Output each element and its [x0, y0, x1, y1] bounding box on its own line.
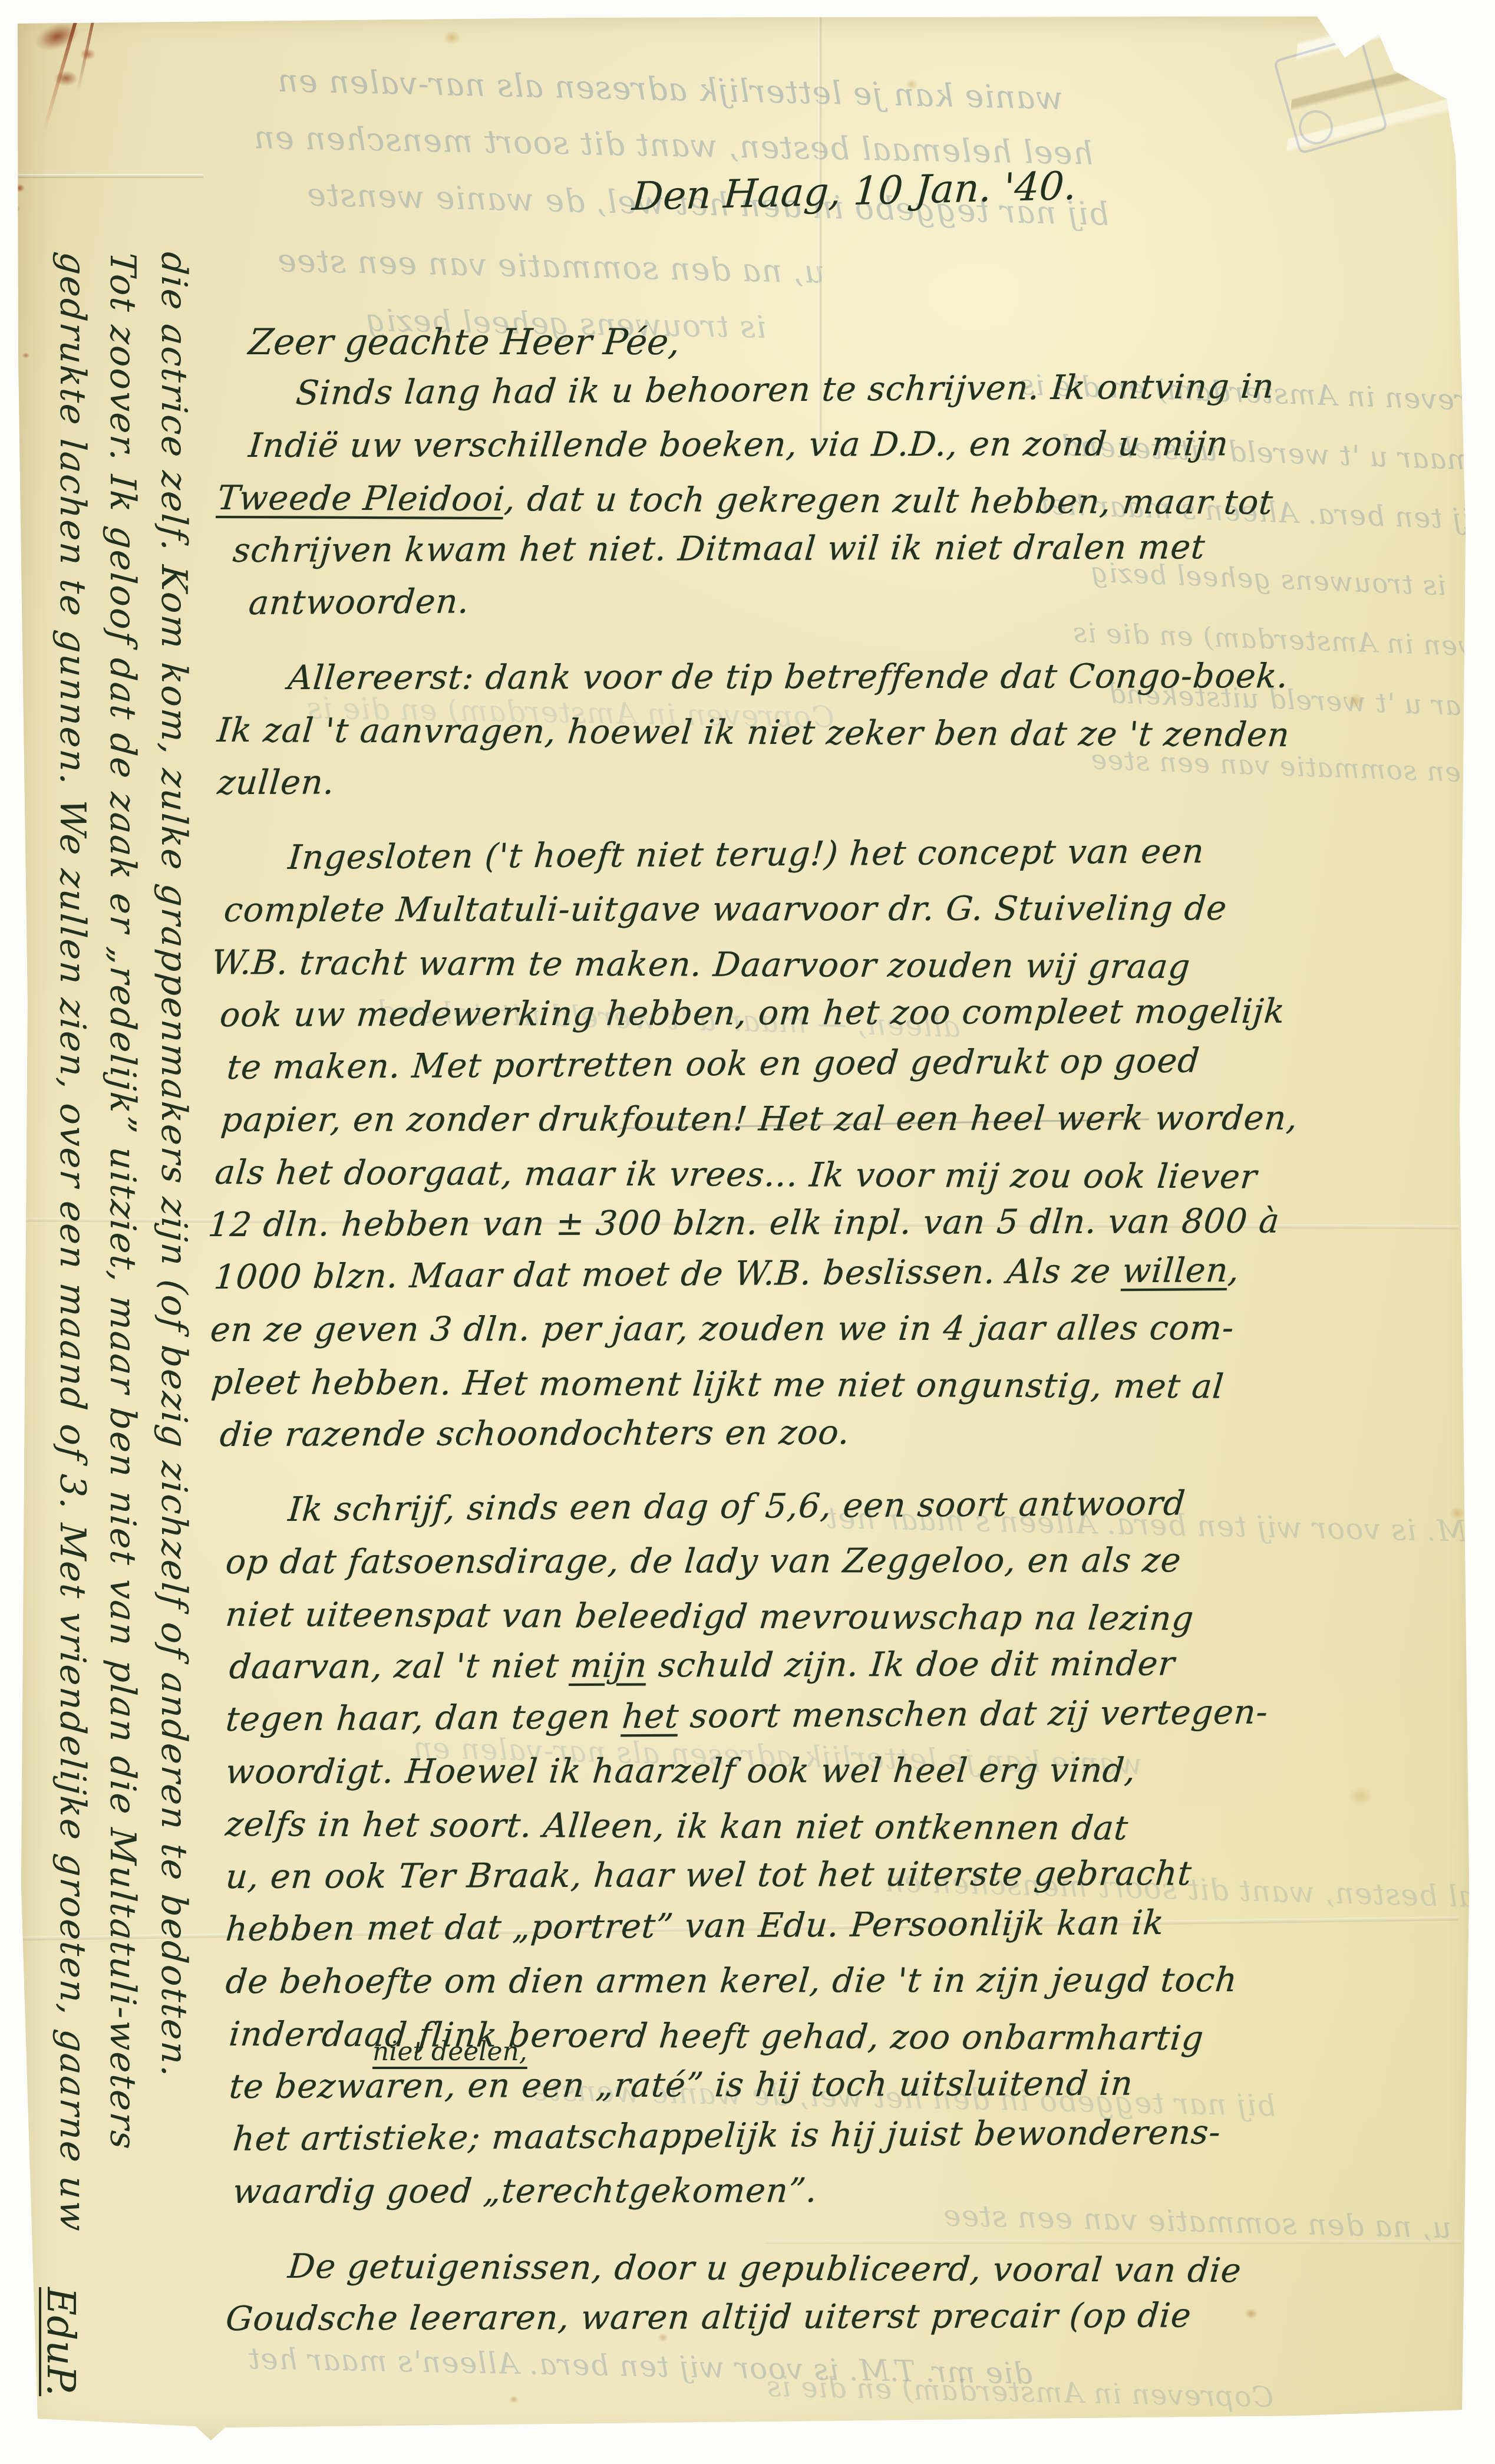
- letter-line: Ik zal 't aanvragen, hoewel ik niet zeke…: [216, 711, 1292, 755]
- letter-line: Sinds lang had ik u behooren te schrijve…: [295, 367, 1276, 413]
- letter-text: die razende schoondochters en zoo.: [218, 1413, 851, 1454]
- letter-line: De getuigenissen, door u gepubliceerd, v…: [286, 2247, 1243, 2290]
- letter-text: en ze geven 3 dln. per jaar, zouden we i…: [209, 1309, 1236, 1349]
- letter-line: daarvan, zal 't niet mijn schuld zijn. I…: [227, 1644, 1176, 1686]
- letter-text: Ik zal 't aanvragen, hoewel ik niet zeke…: [216, 711, 1292, 755]
- letter-text: soort menschen dat zij vertegen-: [678, 1693, 1270, 1736]
- letter-text: het artistieke; maatschappelijk is hij j…: [232, 2113, 1223, 2159]
- rust-streak: [77, 17, 95, 93]
- letter-text: mijn: [569, 1646, 649, 1685]
- letter-line: woordigt. Hoewel ik haarzelf ook wel hee…: [224, 1751, 1137, 1791]
- letter-text: Goudsche leeraren, waren altijd uiterst …: [224, 2296, 1193, 2338]
- letter-line: Indië uw verschillende boeken, via D.D.,…: [247, 424, 1230, 465]
- letter-text: papier, en zonder drukfouten! Het zal ee…: [219, 1099, 1299, 1139]
- letter-text: te maken. Met portretten ook en goed ged…: [226, 1041, 1202, 1087]
- rust-stain: [31, 17, 83, 57]
- letter-text: antwoorden.: [247, 582, 471, 622]
- letter-text: waardig goed „terechtgekomen”.: [231, 2171, 819, 2211]
- letter-text: schuld zijn. Ik doe dit minder: [646, 1644, 1177, 1685]
- letter-line: 12 dln. hebben van ± 300 blzn. elk inpl.…: [206, 1202, 1281, 1244]
- letter-text: Allereerst: dank voor de tip betreffende…: [286, 657, 1290, 697]
- letter-line: tegen haar, dan tegen het soort menschen…: [225, 1693, 1270, 1739]
- letter-text: tegen haar, dan tegen: [225, 1697, 624, 1739]
- bleedthrough-text: u, na den sommatie van een stee: [942, 2198, 1451, 2245]
- rust-stain: [22, 353, 29, 358]
- salutation: Zeer geachte Heer Pée,: [247, 321, 682, 363]
- letter-line: complete Multatuli-uitgave waarvoor dr. …: [222, 889, 1229, 930]
- foxing-spot: [509, 2396, 519, 2403]
- bleedthrough-text: u, na den sommatie van een stee: [276, 242, 825, 290]
- letter-text: de behoefte om dien armen kerel, die 't …: [224, 1961, 1239, 2001]
- letter-line: waardig goed „terechtgekomen”.: [231, 2171, 819, 2211]
- letter-text: niet uiteenspat van beleedigd mevrouwsch…: [224, 1595, 1196, 1638]
- letter-line: Ingesloten ('t hoeft niet terug!) het co…: [287, 832, 1206, 877]
- letter-text: als het doorgaat, maar ik vrees... Ik vo…: [213, 1153, 1259, 1197]
- letter-line: te bezwaren, en een „raté” is hij toch u…: [227, 2064, 1134, 2106]
- letter-text: schrijven kwam het niet. Ditmaal wil ik …: [231, 528, 1206, 570]
- scanner-background: { "colors": { "paper": "#ece2b6", "ink":…: [0, 0, 1495, 2464]
- letter-text: woordigt. Hoewel ik haarzelf ook wel hee…: [224, 1751, 1137, 1791]
- letter-text: ,: [1227, 1251, 1241, 1290]
- margin-note-line: gedrukte lachen te gunnen. We zullen zie…: [52, 251, 93, 2352]
- letter-line: antwoorden.: [247, 582, 471, 622]
- letter-text: complete Multatuli-uitgave waarvoor dr. …: [222, 889, 1229, 930]
- letter-line: de behoefte om dien armen kerel, die 't …: [224, 1961, 1239, 2001]
- letter-text: hebben met dat „portret” van Edu. Persoo…: [225, 1903, 1166, 1949]
- letter-line: pleet hebben. Het moment lijkt me niet o…: [210, 1363, 1226, 1406]
- rust-stain: [54, 71, 78, 86]
- letter-line: Ik schrijf, sinds een dag of 5,6, een so…: [287, 1484, 1187, 1529]
- interline-insertion: niet deelen,: [372, 2037, 527, 2067]
- letter-line: en ze geven 3 dln. per jaar, zouden we i…: [209, 1309, 1236, 1349]
- scanned-letter-page: wanie kan je letterlijk adresen als nar-…: [0, 0, 1495, 2464]
- letter-text: Ingesloten ('t hoeft niet terug!) het co…: [287, 832, 1206, 877]
- letter-line: Allereerst: dank voor de tip betreffende…: [286, 657, 1290, 697]
- letter-line: te maken. Met portretten ook en goed ged…: [226, 1041, 1202, 1087]
- letter-text: pleet hebben. Het moment lijkt me niet o…: [210, 1363, 1226, 1406]
- letter-line: W.B. tracht warm te maken. Daarvoor zoud…: [210, 943, 1192, 986]
- letter-line: papier, en zonder drukfouten! Het zal ee…: [219, 1099, 1299, 1139]
- fold-crease: [15, 174, 203, 178]
- letter-line: Tweede Pleidooi, dat u toch gekregen zul…: [216, 479, 1275, 522]
- rust-stain: [12, 205, 20, 212]
- letter-line: op dat fatsoensdirage, de lady van Zegge…: [224, 1541, 1183, 1582]
- rust-stain: [80, 48, 95, 60]
- letter-text: W.B. tracht warm te maken. Daarvoor zoud…: [210, 943, 1192, 986]
- letter-text: zelfs in het soort. Alleen, ik kan niet …: [224, 1805, 1130, 1848]
- letter-line: die razende schoondochters en zoo.: [218, 1413, 851, 1454]
- letter-text: willen: [1121, 1251, 1230, 1290]
- letter-line: het artistieke; maatschappelijk is hij j…: [232, 2113, 1223, 2159]
- letter-text: Sinds lang had ik u behooren te schrijve…: [295, 367, 1276, 413]
- letter-text: het: [621, 1697, 681, 1737]
- letter-line: schrijven kwam het niet. Ditmaal wil ik …: [231, 528, 1206, 570]
- letter-text: ook uw medewerking hebben, om het zoo co…: [218, 992, 1286, 1035]
- letter-line: hebben met dat „portret” van Edu. Persoo…: [225, 1903, 1166, 1949]
- letter-text: te bezwaren, en een „raté” is hij toch u…: [227, 2064, 1134, 2106]
- letter-text: Ik schrijf, sinds een dag of 5,6, een so…: [287, 1484, 1187, 1529]
- margin-note-line: Tot zoover. Ik geloof dat de zaak er „re…: [102, 251, 143, 2352]
- letter-text: 1000 blzn. Maar dat moet de W.B. besliss…: [213, 1251, 1124, 1297]
- letter-text: 12 dln. hebben van ± 300 blzn. elk inpl.…: [206, 1202, 1281, 1244]
- blue-stamp: [1273, 35, 1388, 155]
- bleedthrough-text: wanie kan je letterlijk adresen als nar-…: [276, 62, 1063, 117]
- letter-text: u, en ook Ter Braak, haar wel tot het ui…: [224, 1854, 1193, 1896]
- bleedthrough-text: Copreven in Amsterdam) en die is: [766, 2370, 1275, 2414]
- letter-text: De getuigenissen, door u gepubliceerd, v…: [286, 2247, 1243, 2290]
- letter-line: zelfs in het soort. Alleen, ik kan niet …: [224, 1805, 1130, 1848]
- letter-text: niet deelen,: [372, 2037, 527, 2067]
- blue-ink-scribble: [1398, 11, 1471, 80]
- letter-text: op dat fatsoensdirage, de lady van Zegge…: [224, 1541, 1183, 1582]
- letter-line: zullen.: [216, 763, 336, 802]
- letter-line: als het doorgaat, maar ik vrees... Ik vo…: [213, 1153, 1259, 1197]
- paper-sheet: wanie kan je letterlijk adresen als nar-…: [0, 0, 1495, 2464]
- rust-streak: [42, 15, 79, 132]
- letter-text: Tweede Pleidooi: [216, 479, 507, 519]
- foxing-spot: [1348, 1786, 1373, 1806]
- bleedthrough-text: heel helemaal besten, want dit soort men…: [253, 118, 1094, 172]
- foxing-spot: [443, 31, 461, 45]
- letter-line: Goudsche leeraren, waren altijd uiterst …: [224, 2296, 1193, 2338]
- letter-line: niet uiteenspat van beleedigd mevrouwsch…: [224, 1595, 1196, 1638]
- foxing-spot: [1245, 2308, 1258, 2319]
- letter-text: zullen.: [216, 763, 336, 802]
- letter-line: u, en ook Ter Braak, haar wel tot het ui…: [224, 1854, 1193, 1896]
- letter-line: ook uw medewerking hebben, om het zoo co…: [218, 992, 1286, 1035]
- rust-stain: [14, 184, 25, 192]
- letter-text: , dat u toch gekregen zult hebben, maar …: [503, 480, 1275, 522]
- margin-note-line: die actrice zelf. Kom kom, zulke grappen…: [153, 251, 194, 2352]
- letter-text: Indië uw verschillende boeken, via D.D.,…: [247, 424, 1230, 465]
- letter-text: daarvan, zal 't niet: [227, 1646, 572, 1686]
- signature: EduP.: [38, 2287, 84, 2429]
- letter-line: 1000 blzn. Maar dat moet de W.B. besliss…: [213, 1251, 1241, 1297]
